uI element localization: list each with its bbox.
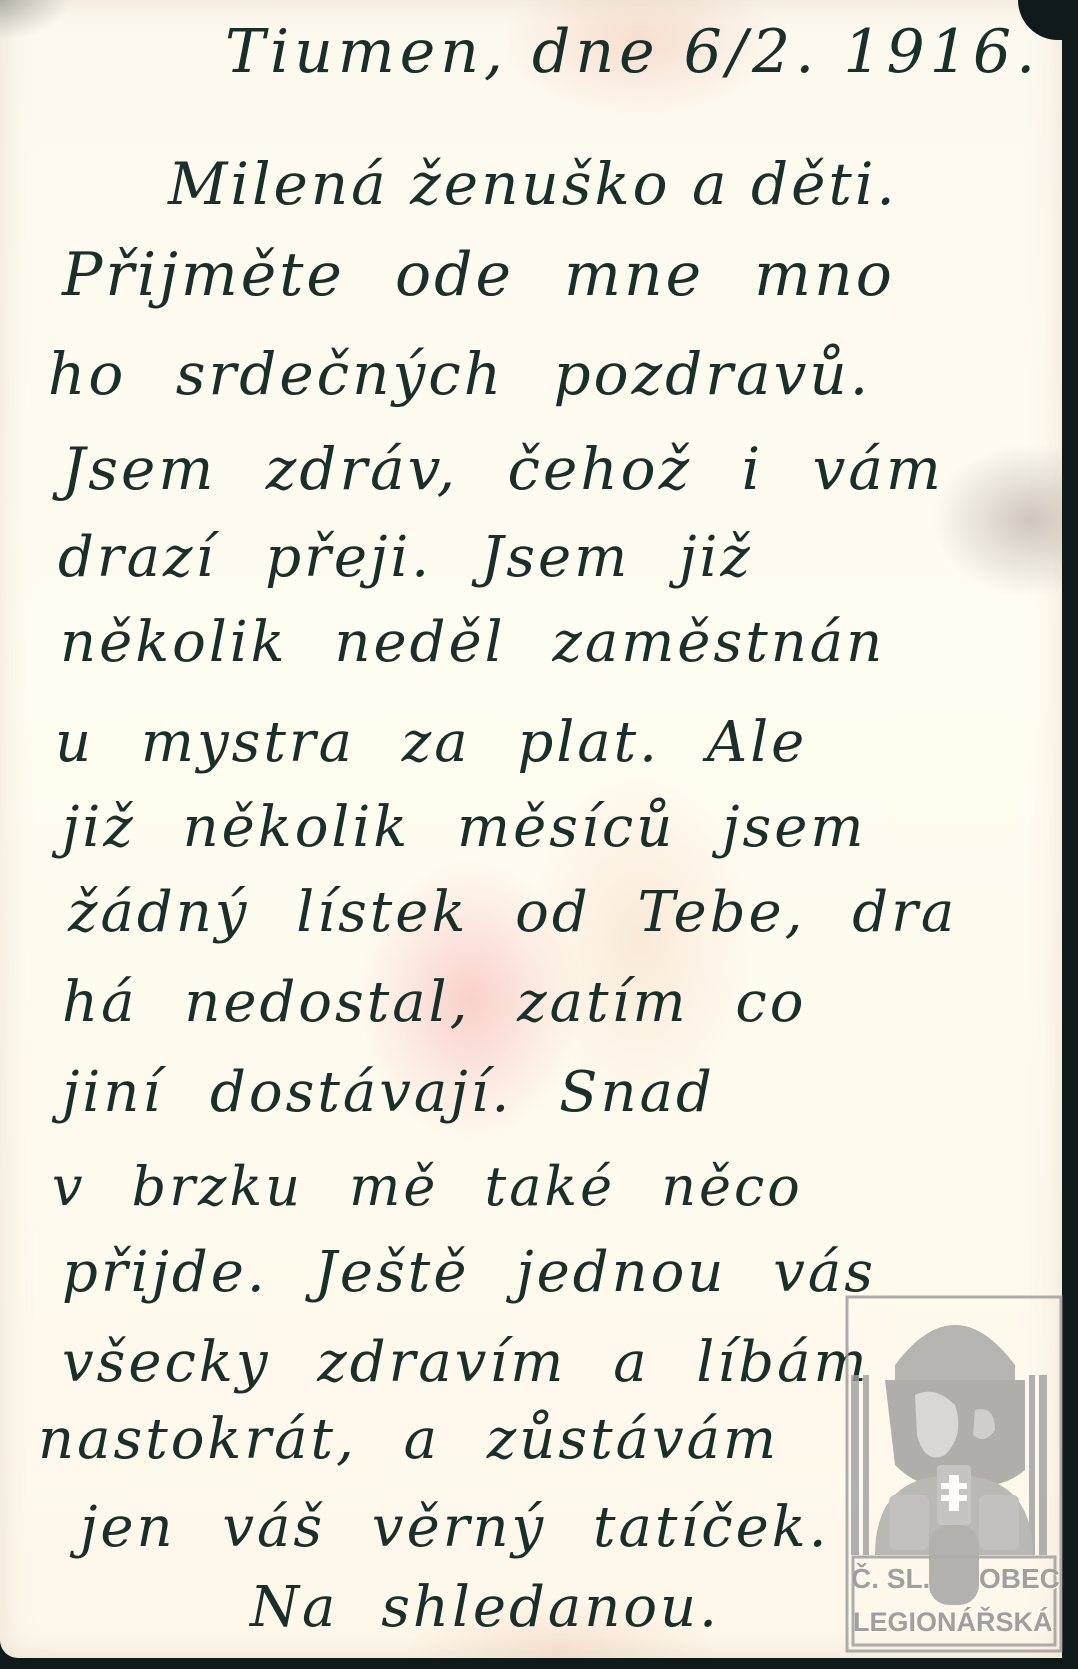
- body-line: všecky zdravím a líbám: [62, 1335, 870, 1391]
- body-line: drazí přeji. Jsem již: [58, 530, 753, 586]
- legionnaire-emblem-icon: [845, 1295, 1063, 1655]
- closing-line: Na shledanou.: [250, 1580, 720, 1636]
- place-date-line: Tiumen, dne 6/2. 1916.: [225, 22, 1040, 82]
- body-line: jiní dostávají. Snad: [62, 1065, 715, 1121]
- body-line: Přijměte ode mne mno: [62, 245, 895, 305]
- body-line: již několik měsíců jsem: [62, 800, 866, 856]
- body-line: u mystra za plat. Ale: [55, 715, 807, 771]
- body-line: ho srdečných pozdravů.: [48, 345, 871, 403]
- body-line: v brzku mě také něco: [52, 1160, 803, 1214]
- salutation-line: Milená ženuško a děti.: [168, 155, 898, 213]
- watermark-text-legionarska: LEGIONÁŘSKÁ: [853, 1607, 1053, 1638]
- watermark-text-csl: Č. SL.: [851, 1563, 930, 1595]
- body-line: jen váš věrný tatíček.: [80, 1500, 830, 1556]
- body-line: žádný lístek od Tebe, dra: [68, 885, 957, 941]
- postcard: Tiumen, dne 6/2. 1916. Milená ženuško a …: [0, 0, 1062, 1658]
- body-line: há nedostal, zatím co: [62, 975, 806, 1031]
- watermark-text-obec: OBEC: [979, 1563, 1060, 1595]
- body-line: Jsem zdráv, čehož i vám: [62, 440, 944, 498]
- legion-watermark-logo: Č. SL. OBEC LEGIONÁŘSKÁ: [845, 1295, 1063, 1655]
- worn-corner: [0, 0, 70, 40]
- body-line: několik neděl zaměstnán: [60, 615, 885, 671]
- body-line: nastokrát, a zůstávám: [38, 1412, 779, 1468]
- body-line: přijde. Ještě jednou vás: [62, 1245, 876, 1301]
